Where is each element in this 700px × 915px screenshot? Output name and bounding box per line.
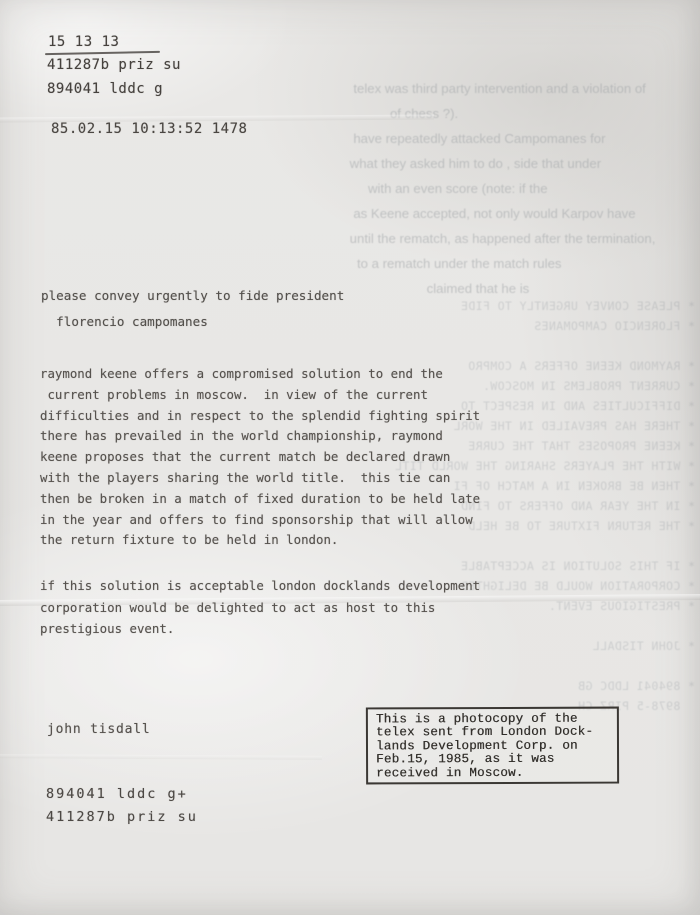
text-line: there has prevailed in the world champio… bbox=[40, 426, 480, 447]
paper-crease bbox=[0, 754, 322, 760]
text-line bbox=[388, 336, 695, 356]
telex-answerback-priz: 411287b priz su bbox=[47, 54, 181, 76]
text-line: what they asked him to do , side that un… bbox=[346, 151, 698, 176]
text-line: have repeatedly attacked Campomanes for bbox=[346, 126, 698, 151]
telex-salutation: please convey urgently to fide president… bbox=[41, 283, 344, 335]
telex-photocopy-page: telex was third party intervention and a… bbox=[0, 0, 700, 915]
text-line: 411287b priz su bbox=[46, 806, 198, 829]
text-line: 894041 lddc g+ bbox=[46, 783, 198, 806]
text-line: current problems in moscow. in view of t… bbox=[40, 385, 480, 406]
text-line: prestigious event. bbox=[40, 618, 480, 640]
text-line: * FLORENCIO CAMPOMANES bbox=[388, 316, 695, 336]
text-line: keene proposes that the current match be… bbox=[40, 447, 480, 468]
text-line: telex was third party intervention and a… bbox=[346, 76, 698, 101]
text-line: * PLEASE CONVEY URGENTLY TO FIDE bbox=[388, 296, 695, 316]
salutation-line-1: please convey urgently to fide president bbox=[41, 288, 344, 303]
text-line: if this solution is acceptable london do… bbox=[40, 575, 480, 597]
text-line: until the rematch, as happened after the… bbox=[346, 226, 698, 251]
text-line: with an even score (note: if the bbox=[346, 176, 698, 201]
text-line: then be broken in a match of fixed durat… bbox=[40, 489, 480, 510]
telex-header-code: 15 13 13 bbox=[48, 31, 119, 53]
text-line: Feb.15, 1985, as it was bbox=[376, 753, 610, 767]
text-line: the return fixture to be held in london. bbox=[40, 530, 480, 551]
text-line: claimed that he is bbox=[346, 276, 698, 301]
ghost-bleed-through-text: telex was third party intervention and a… bbox=[346, 76, 698, 306]
caption-box: This is a photocopy of thetelex sent fro… bbox=[366, 707, 619, 785]
telex-answerback-lddc: 894041 lddc g bbox=[47, 78, 163, 100]
text-line: difficulties and in respect to the splen… bbox=[40, 406, 480, 427]
telex-signature: john tisdall bbox=[47, 722, 151, 737]
text-line: * IF THIS SOLUTION IS ACCEPTABLE bbox=[388, 556, 695, 576]
text-line: raymond keene offers a compromised solut… bbox=[40, 364, 480, 385]
salutation-line-2: florencio campomanes bbox=[41, 314, 208, 329]
telex-datetime-stamp: 85.02.15 10:13:52 1478 bbox=[51, 121, 247, 137]
telex-body-paragraph: raymond keene offers a compromised solut… bbox=[40, 364, 480, 551]
telex-closing-paragraph: if this solution is acceptable london do… bbox=[40, 575, 480, 640]
text-line: received in Moscow. bbox=[376, 766, 610, 780]
text-line bbox=[388, 656, 695, 676]
text-line: * 894041 LDDC GB bbox=[388, 676, 695, 696]
text-line: to a rematch under the match rules bbox=[346, 251, 698, 276]
text-line: of chess ?). bbox=[346, 101, 698, 126]
text-line: with the players sharing the world title… bbox=[40, 468, 480, 489]
telex-footer-answerbacks: 894041 lddc g+411287b priz su bbox=[46, 783, 198, 829]
text-line: in the year and offers to find sponsorsh… bbox=[40, 510, 480, 531]
text-line: as Keene accepted, not only would Karpov… bbox=[346, 201, 698, 226]
text-line: corporation would be delighted to act as… bbox=[40, 597, 480, 619]
